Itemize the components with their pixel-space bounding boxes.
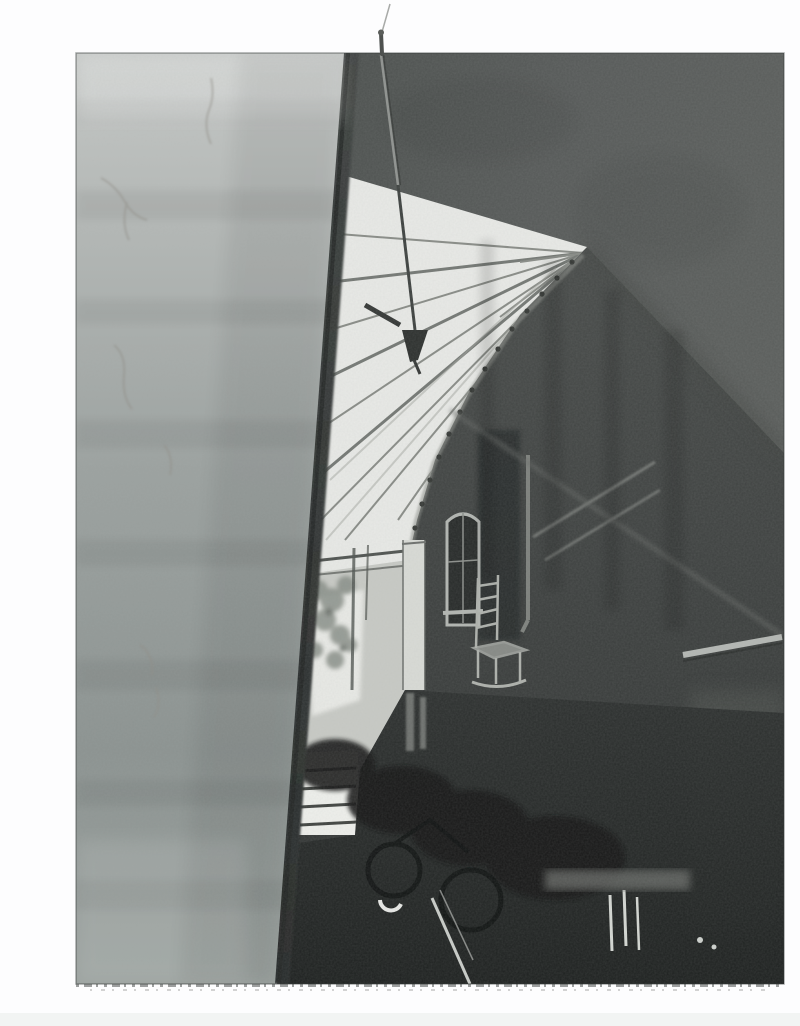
photo-edge-fringe — [76, 986, 784, 991]
scanned-page — [0, 0, 800, 1026]
photo-grain — [76, 53, 784, 984]
antenna-tip-above-photo — [378, 4, 390, 54]
page-bottom-strip — [0, 1013, 800, 1026]
photograph — [0, 0, 800, 1026]
